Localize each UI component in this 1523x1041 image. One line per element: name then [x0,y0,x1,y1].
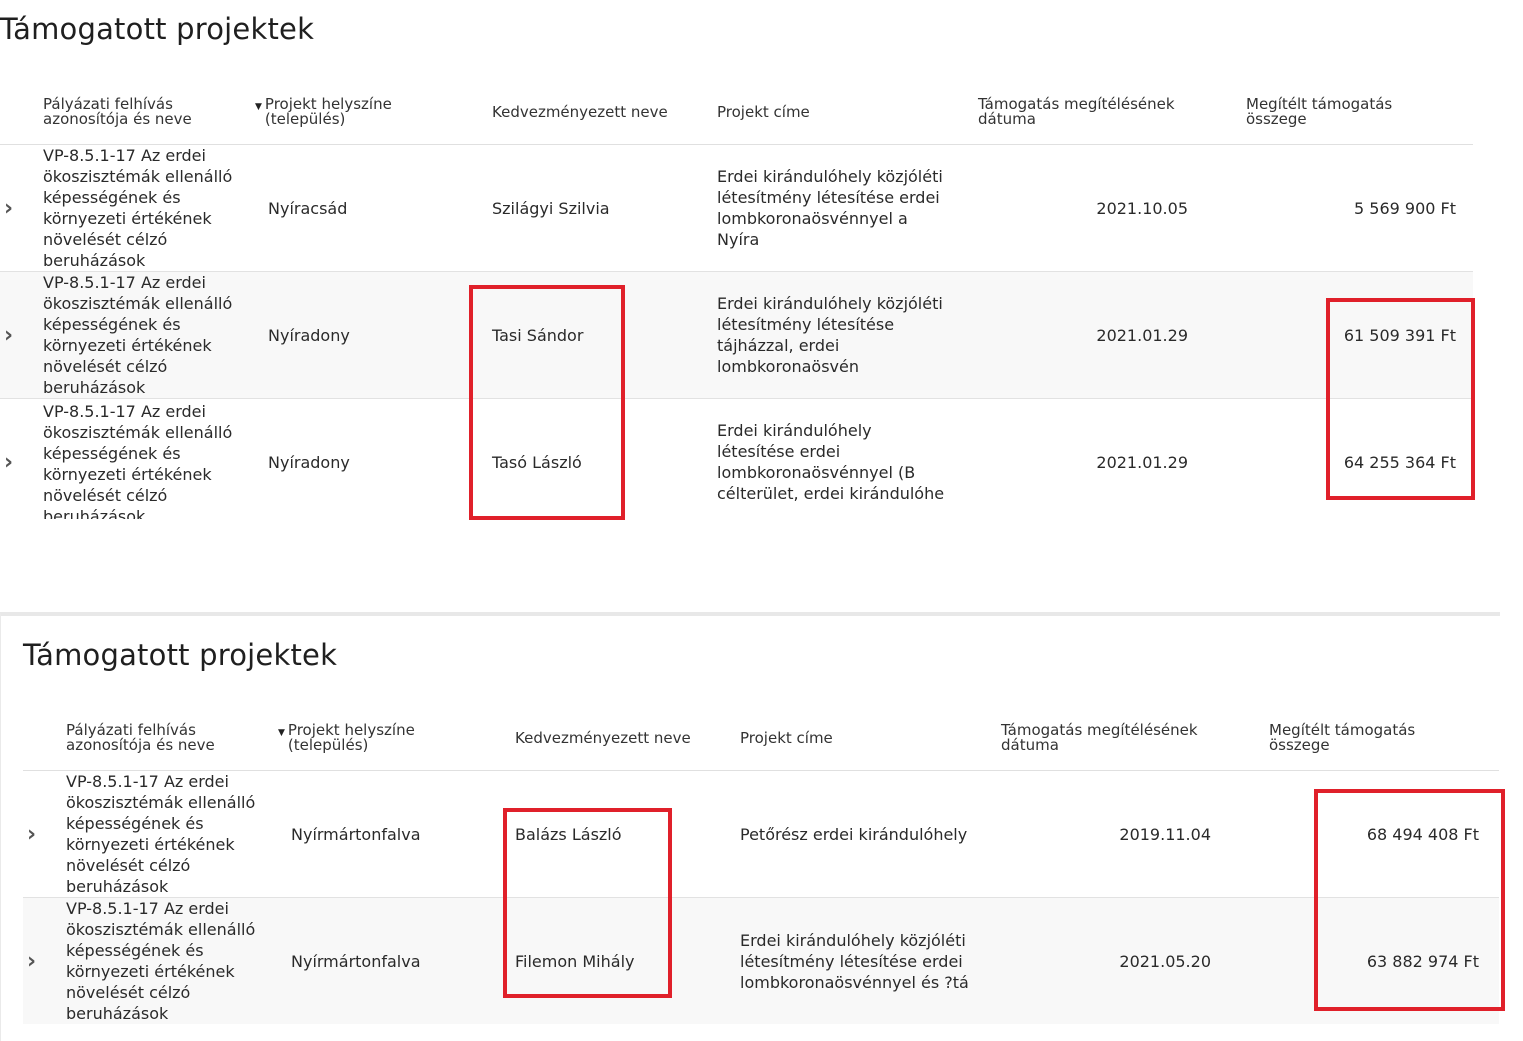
table-header: Pályázati felhívás azonosítója és neve ▼… [23,706,1499,771]
column-header-project-title[interactable]: Projekt címe [740,706,970,770]
project-title-cell: Erdei kirándulóhely közjóléti létesítmén… [717,145,947,271]
expand-row-button[interactable]: › [27,771,47,897]
table-row[interactable]: › VP-8.5.1-17 Az erdei ökoszisztémák ell… [23,898,1499,1024]
table-header: Pályázati felhívás azonosítója és neve ▼… [0,80,1473,145]
date-cell: 2021.01.29 [960,272,1188,398]
call-cell: VP-8.5.1-17 Az erdei ökoszisztémák ellen… [43,145,258,271]
column-header-date[interactable]: Támogatás megítélésének dátuma [1001,706,1211,770]
column-header-date[interactable]: Támogatás megítélésének dátuma [978,80,1188,144]
call-cell: VP-8.5.1-17 Az erdei ökoszisztémák ellen… [43,272,258,398]
chevron-right-icon: › [4,452,13,473]
beneficiary-cell: Tasi Sándor [492,272,702,398]
supported-projects-panel-1: Támogatott projektek Pályázati felhívás … [0,0,1475,530]
date-cell: 2021.10.05 [960,145,1188,271]
amount-cell: 61 509 391 Ft [1230,272,1456,398]
column-header-amount[interactable]: Megítélt támogatás összege [1269,706,1469,770]
expand-row-button[interactable]: › [4,272,24,398]
beneficiary-cell: Tasó László [492,399,702,519]
chevron-right-icon: › [4,198,13,219]
table-row[interactable]: › VP-8.5.1-17 Az erdei ökoszisztémák ell… [23,771,1499,898]
projects-table: Pályázati felhívás azonosítója és neve ▼… [0,80,1473,519]
date-cell: 2021.05.20 [983,898,1211,1024]
call-cell: VP-8.5.1-17 Az erdei ökoszisztémák ellen… [66,771,281,897]
project-title-cell: Erdei kirándulóhely közjóléti létesítmén… [717,272,947,398]
amount-cell: 68 494 408 Ft [1253,771,1479,897]
project-title-cell: Erdei kirándulóhely létesítése erdei lom… [717,399,947,519]
date-cell: 2021.01.29 [960,399,1188,519]
column-header-call[interactable]: Pályázati felhívás azonosítója és neve [66,706,281,770]
sort-desc-icon: ▼ [255,100,262,115]
call-cell: VP-8.5.1-17 Az erdei ökoszisztémák ellen… [43,399,258,519]
place-cell: Nyíradony [268,399,468,519]
amount-cell: 5 569 900 Ft [1230,145,1456,271]
date-cell: 2019.11.04 [983,771,1211,897]
panel-title: Támogatott projektek [23,638,337,672]
panel-title: Támogatott projektek [0,12,314,46]
expand-row-button[interactable]: › [27,898,47,1024]
table-row[interactable]: › VP-8.5.1-17 Az erdei ökoszisztémák ell… [0,145,1473,272]
expand-row-button[interactable]: › [4,399,24,519]
place-cell: Nyírmártonfalva [291,898,491,1024]
beneficiary-cell: Balázs László [515,771,725,897]
expand-row-button[interactable]: › [4,145,24,271]
place-cell: Nyíracsád [268,145,468,271]
column-header-beneficiary[interactable]: Kedvezményezett neve [492,80,702,144]
sort-desc-icon: ▼ [278,726,285,741]
call-cell: VP-8.5.1-17 Az erdei ökoszisztémák ellen… [66,898,281,1024]
beneficiary-cell: Filemon Mihály [515,898,725,1024]
column-header-amount[interactable]: Megítélt támogatás összege [1246,80,1446,144]
amount-cell: 64 255 364 Ft [1230,399,1456,519]
project-title-cell: Petőrész erdei kirándulóhely [740,771,970,897]
beneficiary-cell: Szilágyi Szilvia [492,145,702,271]
place-cell: Nyírmártonfalva [291,771,491,897]
project-title-cell: Erdei kirándulóhely közjóléti létesítmén… [740,898,970,1024]
column-header-beneficiary[interactable]: Kedvezményezett neve [515,706,725,770]
column-header-project-title[interactable]: Projekt címe [717,80,947,144]
table-row[interactable]: › VP-8.5.1-17 Az erdei ökoszisztémák ell… [0,272,1473,399]
place-cell: Nyíradony [268,272,468,398]
chevron-right-icon: › [4,325,13,346]
table-row[interactable]: › VP-8.5.1-17 Az erdei ökoszisztémák ell… [0,399,1473,519]
column-header-place[interactable]: ▼ Projekt helyszíne (település) [255,80,455,144]
chevron-right-icon: › [27,951,36,972]
column-header-place[interactable]: ▼ Projekt helyszíne (település) [278,706,478,770]
chevron-right-icon: › [27,824,36,845]
projects-table: Pályázati felhívás azonosítója és neve ▼… [23,706,1499,1024]
amount-cell: 63 882 974 Ft [1253,898,1479,1024]
supported-projects-panel-2: Támogatott projektek Pályázati felhívás … [0,612,1500,1041]
column-header-call[interactable]: Pályázati felhívás azonosítója és neve [43,80,258,144]
